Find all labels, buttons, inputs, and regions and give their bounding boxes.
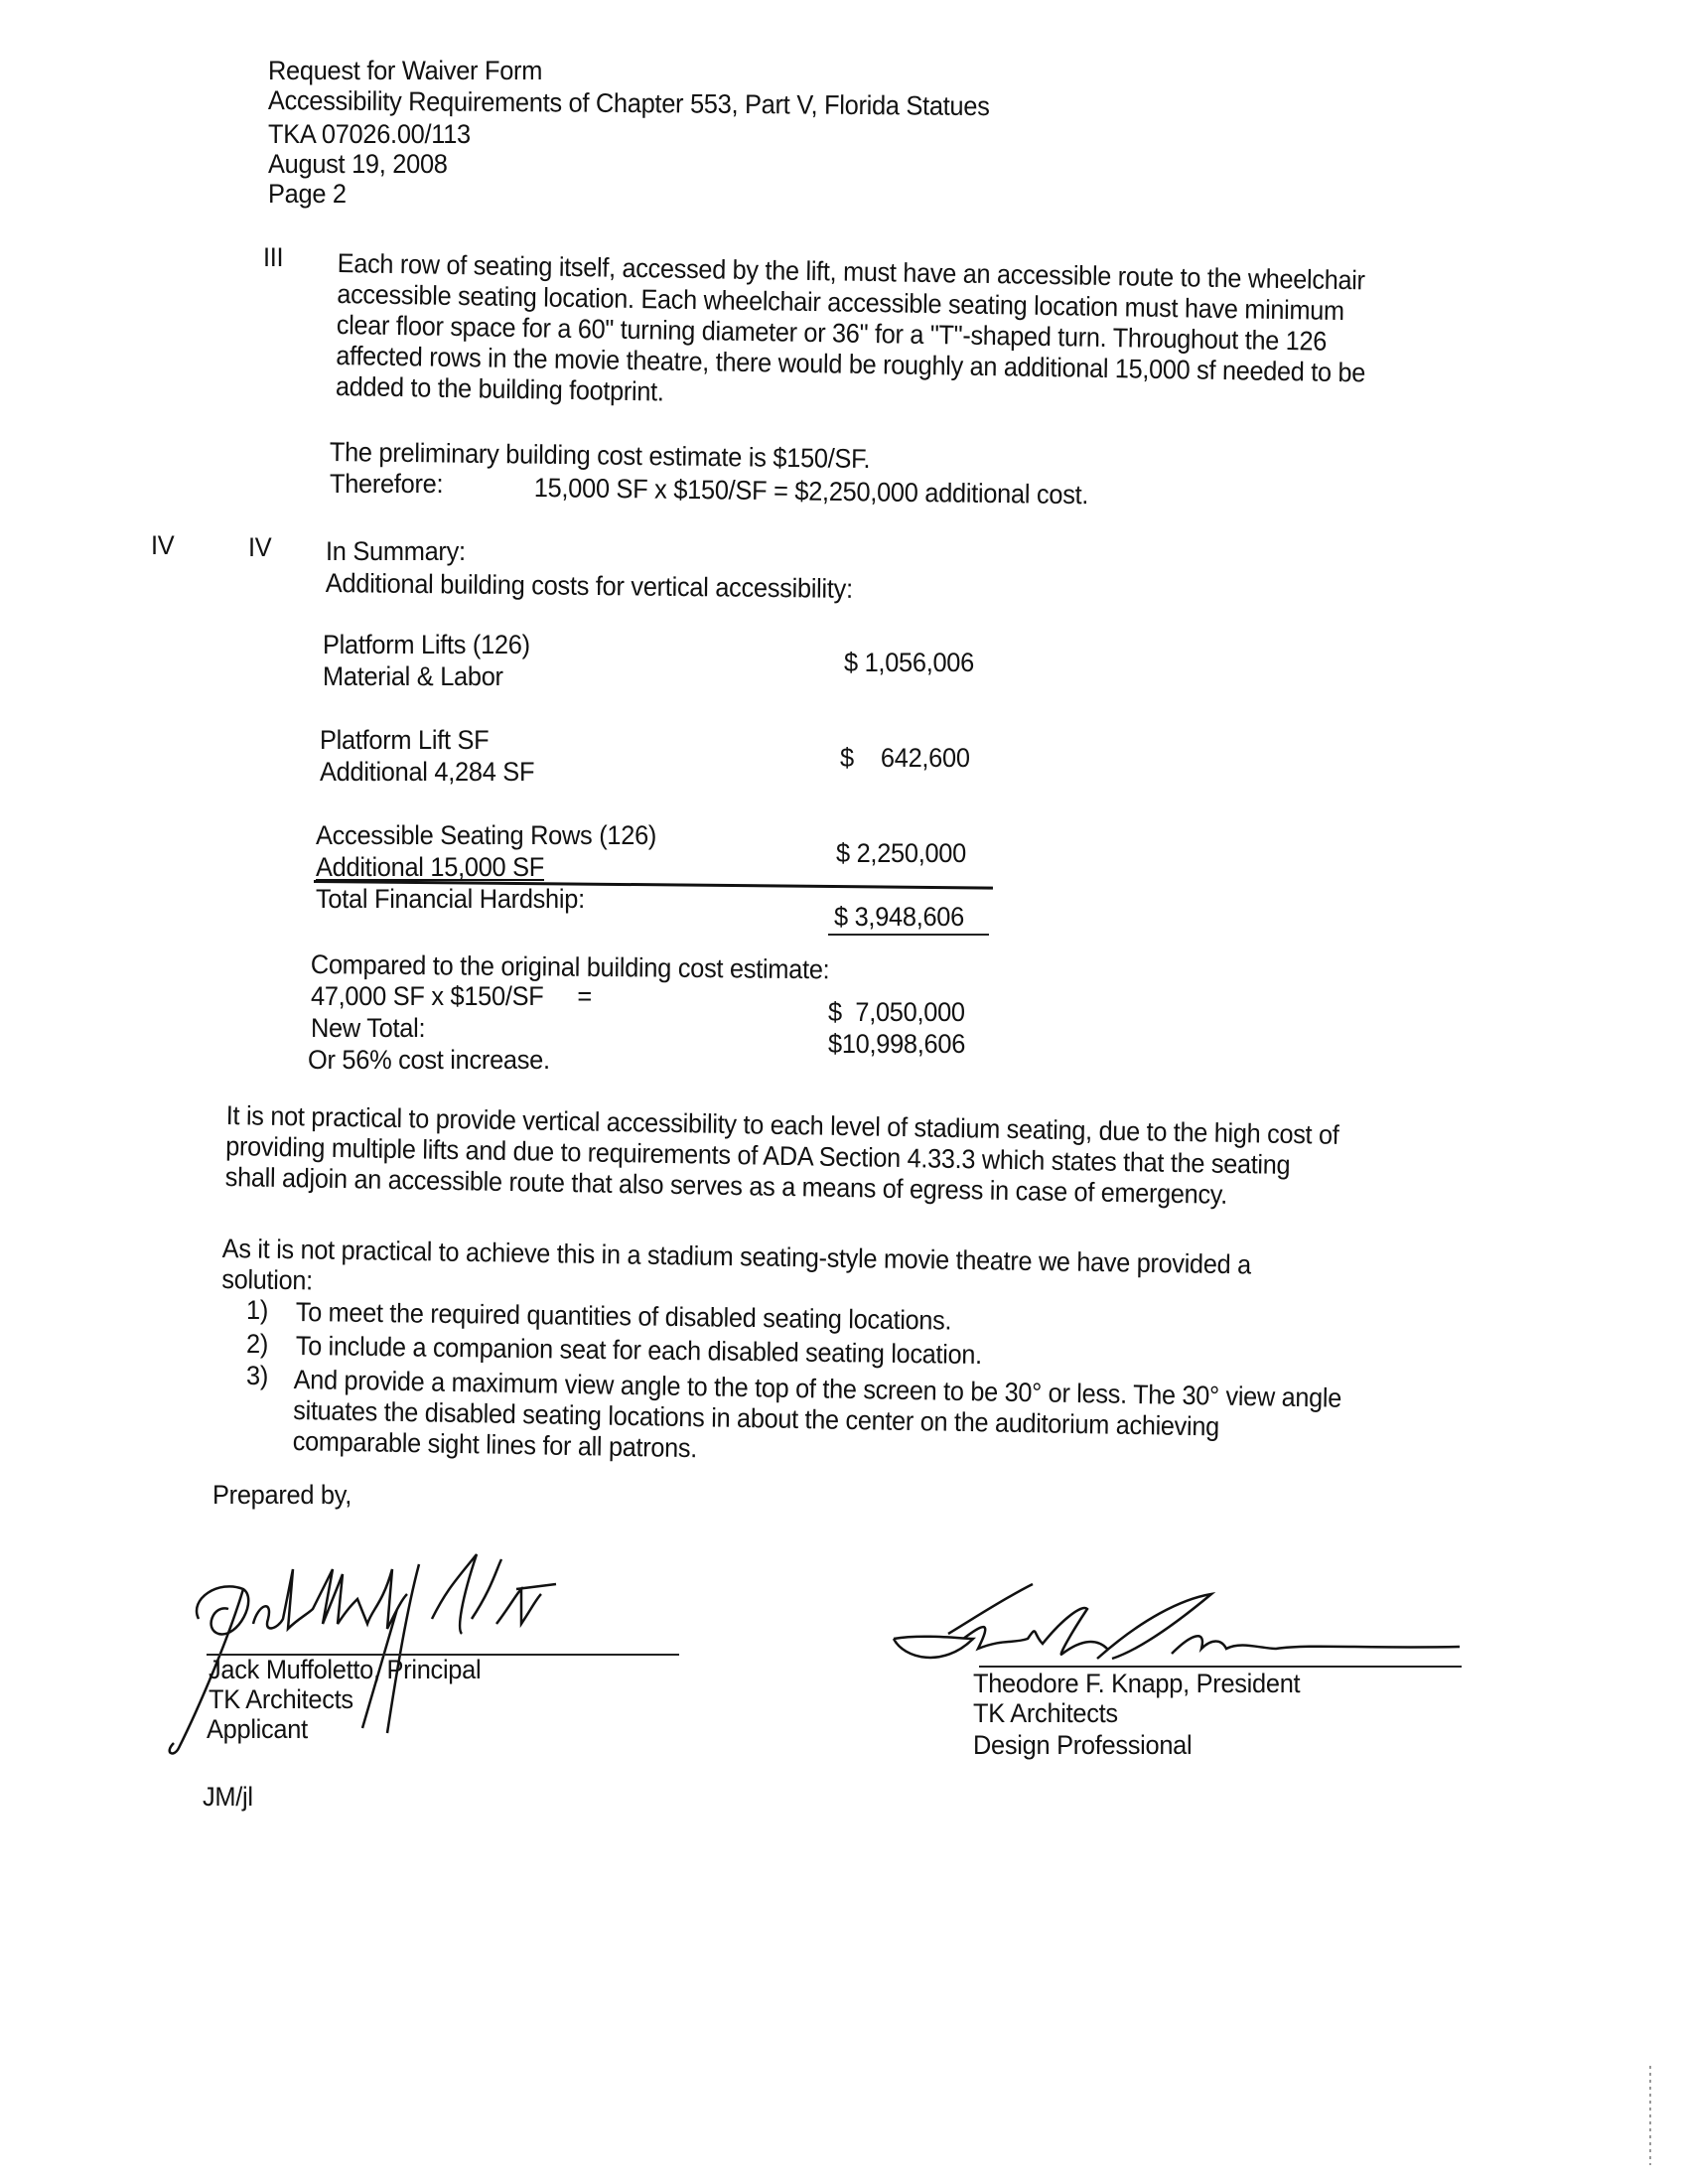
list-number: 3) (246, 1361, 268, 1391)
header-date: August 19, 2008 (268, 149, 448, 180)
conclusion-paragraph-1: It is not practical to provide vertical … (225, 1100, 1339, 1213)
section-4-marker: IV (248, 532, 271, 563)
total-amount: $ 3,948,606 (834, 902, 964, 933)
comparison-title: Compared to the original building cost e… (311, 949, 830, 985)
summary-subtitle: Additional building costs for vertical a… (326, 568, 853, 605)
original-calc: 47,000 SF x $150/SF = (311, 981, 592, 1012)
header-project-number: TKA 07026.00/113 (268, 119, 471, 150)
cost-increase: Or 56% cost increase. (308, 1045, 550, 1076)
header-regulation: Accessibility Requirements of Chapter 55… (268, 85, 990, 122)
therefore-label: Therefore: (330, 469, 443, 500)
therefore-calculation: 15,000 SF x $150/SF = $2,250,000 additio… (534, 473, 1089, 510)
cost-item-label: Accessible Seating Rows (126) (316, 820, 656, 851)
scan-artifact (1649, 2066, 1651, 2165)
summary-title: In Summary: (326, 536, 466, 567)
cost-item-detail: Additional 15,000 SF (316, 852, 544, 883)
typist-initials: JM/jl (203, 1782, 253, 1813)
original-amount: $ 7,050,000 (828, 997, 965, 1028)
section-3-paragraph: Each row of seating itself, accessed by … (336, 248, 1367, 419)
applicant-name-title: Jack Muffoletto, Principal (209, 1655, 481, 1685)
cost-item-label: Platform Lift SF (320, 725, 489, 756)
list-number: 1) (246, 1295, 268, 1326)
section-4-margin-marker: IV (151, 530, 174, 561)
cost-item-detail: Material & Labor (323, 661, 503, 692)
prepared-by-label: Prepared by, (212, 1480, 352, 1511)
cost-item-amount: $ 642,600 (840, 743, 970, 774)
design-professional-name-title: Theodore F. Knapp, President (973, 1669, 1300, 1699)
total-amount-underline (828, 934, 989, 936)
cost-item-amount: $ 1,056,006 (844, 648, 974, 678)
new-total-amount: $10,998,606 (828, 1029, 965, 1060)
list-text: To include a companion seat for each dis… (296, 1331, 982, 1371)
cost-item-detail: Additional 4,284 SF (320, 757, 534, 788)
total-label: Total Financial Hardship: (316, 884, 585, 915)
list-number: 2) (246, 1329, 268, 1360)
design-professional-signature-line (979, 1666, 1462, 1668)
design-professional-company: TK Architects (973, 1698, 1118, 1729)
list-text: And provide a maximum view angle to the … (293, 1365, 1342, 1476)
applicant-role: Applicant (207, 1714, 308, 1745)
applicant-company: TK Architects (209, 1684, 353, 1715)
design-professional-role: Design Professional (973, 1730, 1192, 1761)
header-page-number: Page 2 (268, 179, 347, 210)
new-total-label: New Total: (311, 1013, 425, 1044)
cost-item-label: Platform Lifts (126) (323, 630, 530, 660)
header-form-title: Request for Waiver Form (268, 56, 542, 86)
cost-item-amount: $ 2,250,000 (836, 838, 966, 869)
section-3-marker: III (263, 242, 283, 273)
